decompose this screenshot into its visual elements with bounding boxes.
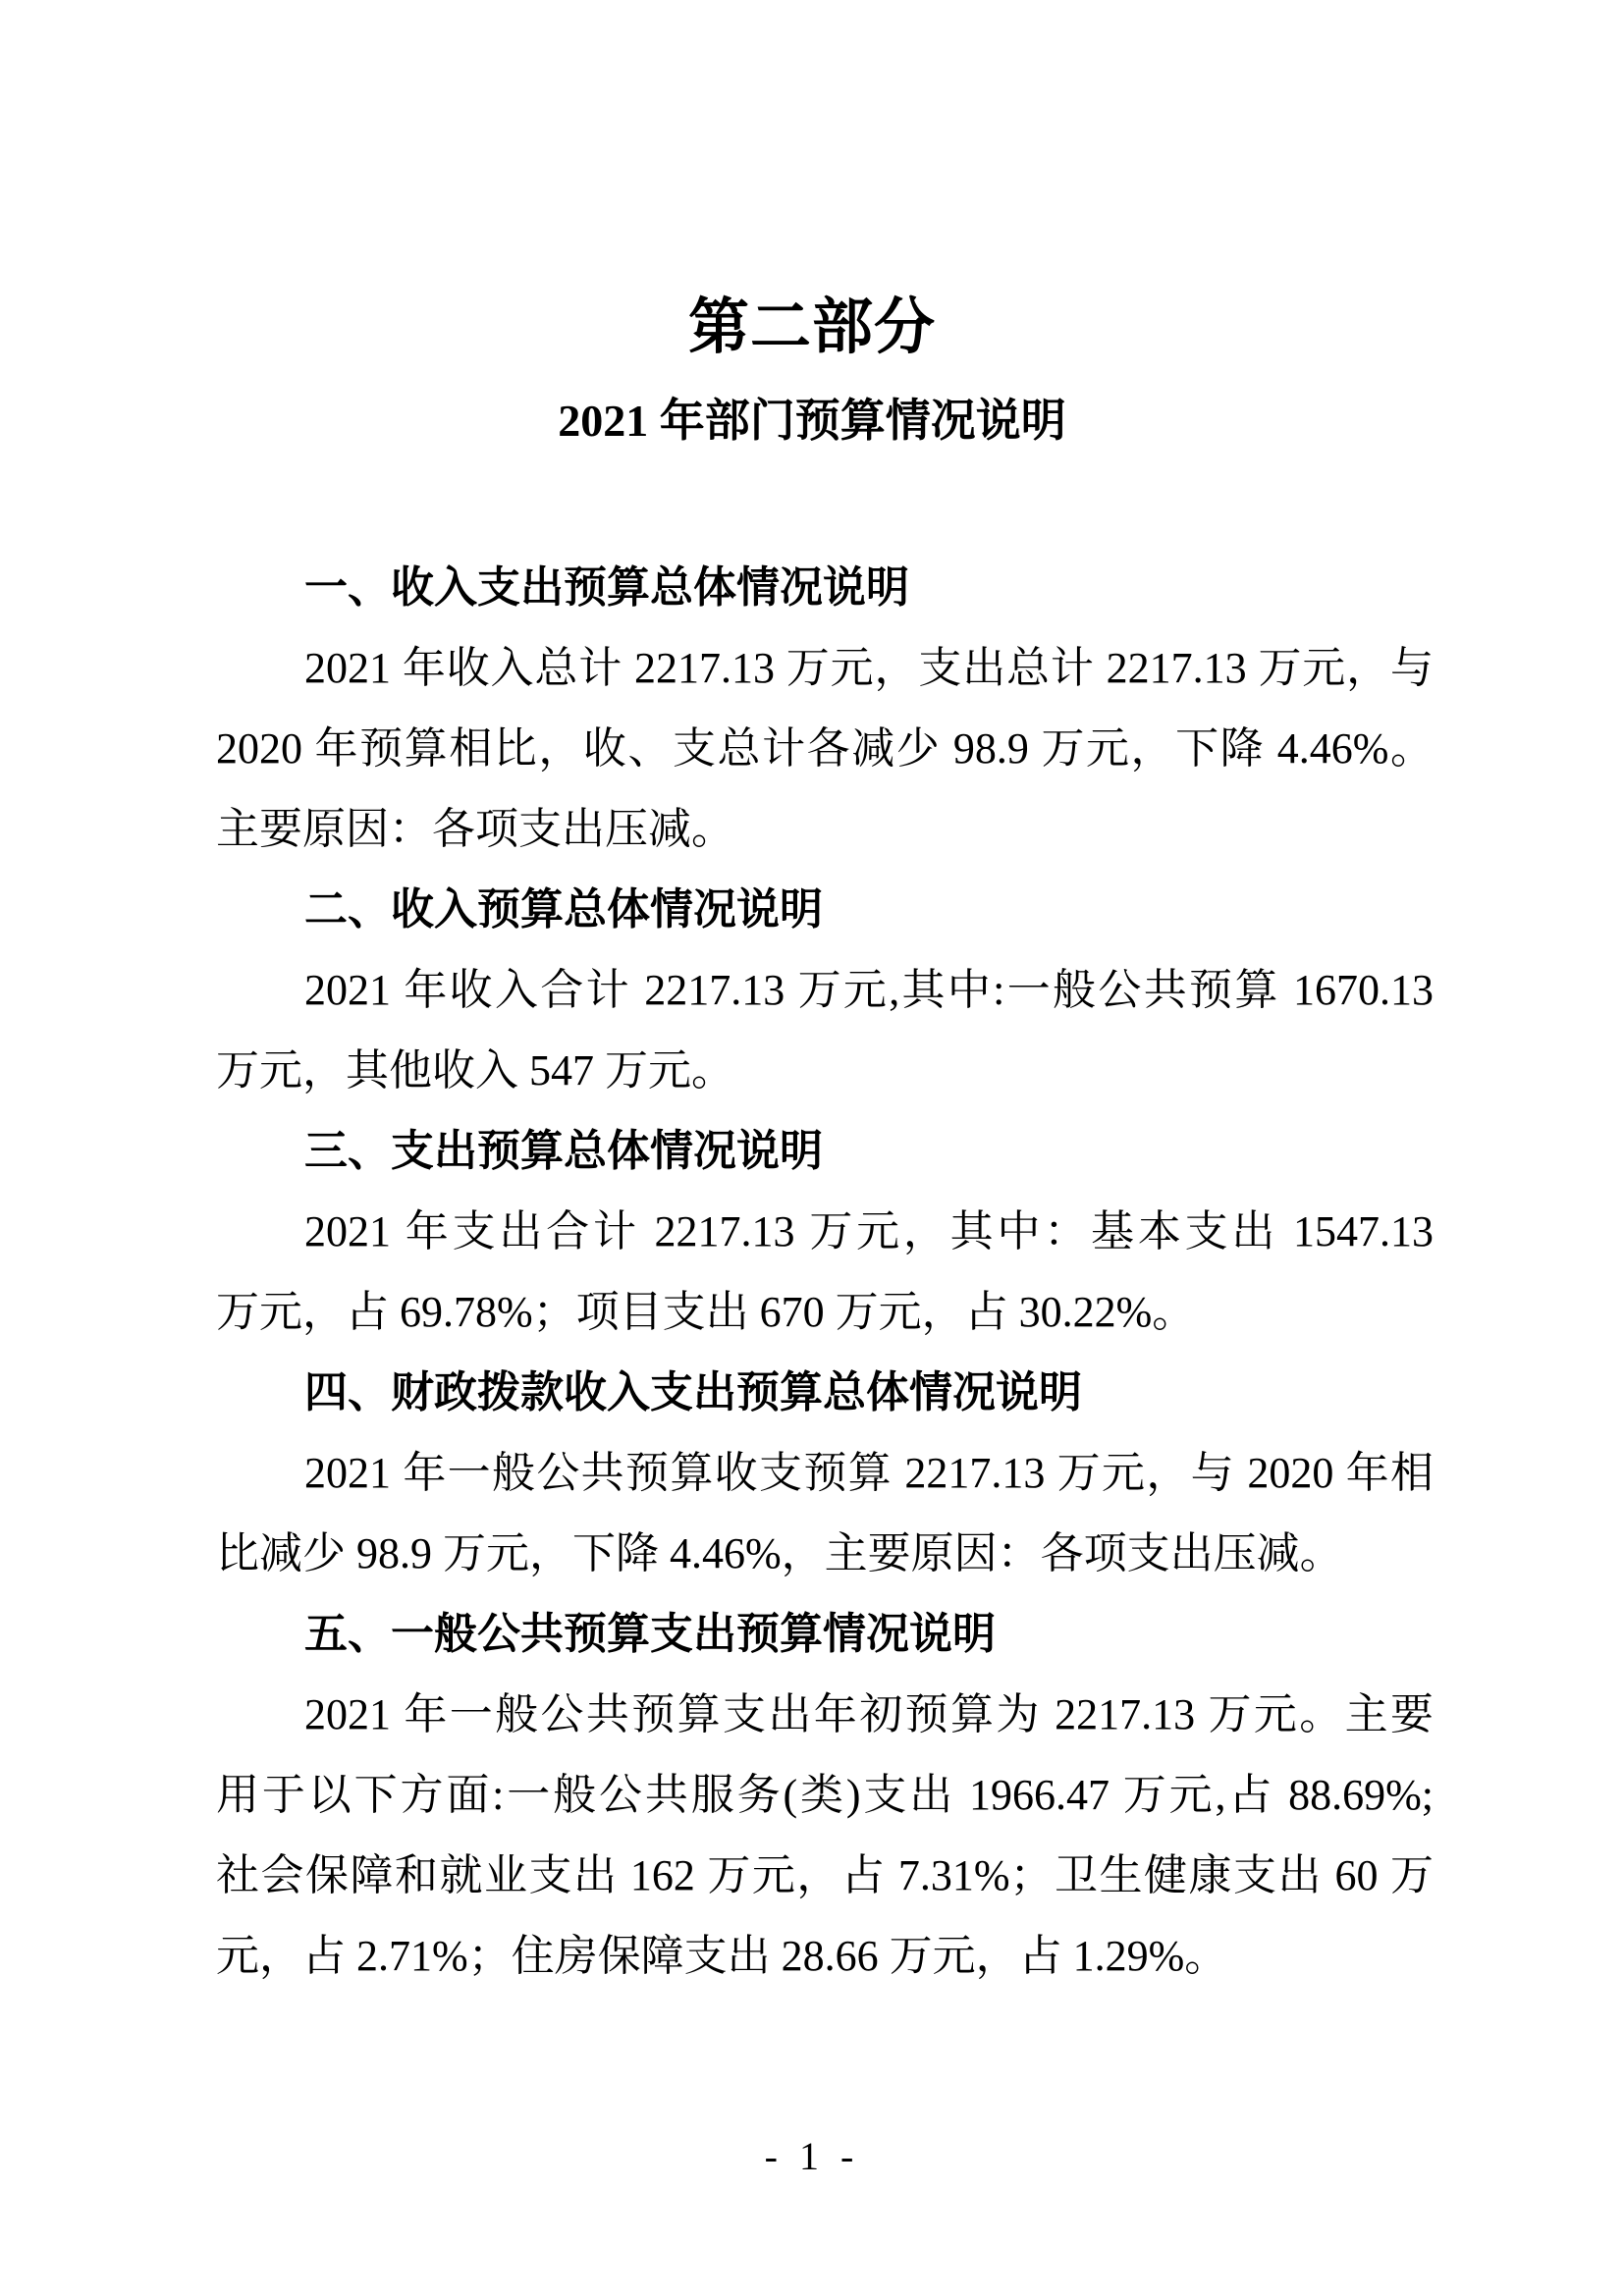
body-line: 用于以下方面:一般公共服务(类)支出 1966.47 万元,占 88.69%; [216, 1755, 1434, 1836]
body-line: 主要原因：各项支出压减。 [216, 789, 1434, 870]
body-line: 万元，占 69.78%；项目支出 670 万元，占 30.22%。 [216, 1272, 1434, 1353]
body-line: 2021 年支出合计 2217.13 万元，其中：基本支出 1547.13 [216, 1192, 1434, 1272]
section-heading-4: 四、财政拨款收入支出预算总体情况说明 [216, 1353, 1434, 1433]
document-page: 第二部分 2021 年部门预算情况说明 一、收入支出预算总体情况说明2021 年… [0, 0, 1624, 2296]
section-heading-2: 二、收入预算总体情况说明 [216, 870, 1434, 950]
body-line: 2021 年收入总计 2217.13 万元，支出总计 2217.13 万元，与 [216, 628, 1434, 709]
section-heading-5: 五、一般公共预算支出预算情况说明 [216, 1594, 1434, 1675]
section-heading-1: 一、收入支出预算总体情况说明 [216, 548, 1434, 628]
body-line: 2021 年一般公共预算收支预算 2217.13 万元，与 2020 年相 [216, 1433, 1434, 1514]
body-line: 社会保障和就业支出 162 万元，占 7.31%；卫生健康支出 60 万 [216, 1836, 1434, 1916]
section-heading-3: 三、支出预算总体情况说明 [216, 1111, 1434, 1192]
document-title: 第二部分 [0, 291, 1624, 365]
body-line: 万元，其他收入 547 万元。 [216, 1031, 1434, 1111]
body-line: 比减少 98.9 万元，下降 4.46%，主要原因：各项支出压减。 [216, 1514, 1434, 1594]
document-subtitle: 2021 年部门预算情况说明 [0, 387, 1624, 455]
body-line: 2021 年一般公共预算支出年初预算为 2217.13 万元。主要 [216, 1675, 1434, 1755]
document-body: 一、收入支出预算总体情况说明2021 年收入总计 2217.13 万元，支出总计… [216, 548, 1434, 1997]
page-number: - 1 - [0, 2132, 1624, 2181]
body-line: 2020 年预算相比，收、支总计各减少 98.9 万元，下降 4.46%。 [216, 709, 1434, 789]
body-line: 2021 年收入合计 2217.13 万元,其中:一般公共预算 1670.13 [216, 950, 1434, 1031]
body-line: 元，占 2.71%；住房保障支出 28.66 万元，占 1.29%。 [216, 1916, 1434, 1997]
